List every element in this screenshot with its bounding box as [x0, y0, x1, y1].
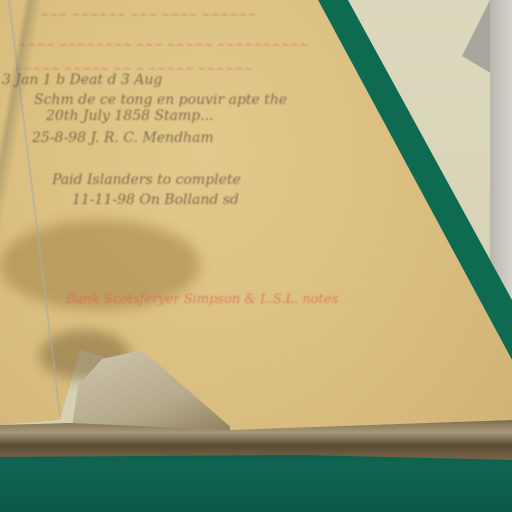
handwritten-line: 3 Jan 1 b Deat d 3 Aug — [2, 72, 162, 88]
red-ink-line: ~~~~ ~~~~~~~~ ~~~ ~~~~~ ~~~~~~~~~~ — [18, 38, 309, 51]
handwritten-line: 25-8-98 J. R. C. Mendham — [32, 130, 214, 146]
handwritten-line: Schm de ce tong en pouvir apte the — [34, 92, 287, 108]
red-annotation: Bank Scotsferyer Simpson & L.S.L. notes — [66, 292, 338, 307]
handwritten-line: 11-11-98 On Bolland sd — [72, 192, 239, 208]
red-ink-line: ~~~ ~~~~~~ ~~~ ~~~~ ~~~~~~ — [40, 8, 257, 21]
handwritten-line: Paid Islanders to complete — [52, 172, 241, 188]
photo-scene: ~~~ ~~~~~~ ~~~ ~~~~ ~~~~~~ ~~~~ ~~~~~~~~… — [0, 0, 512, 512]
handwritten-line: 20th July 1858 Stamp... — [46, 108, 214, 124]
display-stand-post — [490, 0, 512, 300]
